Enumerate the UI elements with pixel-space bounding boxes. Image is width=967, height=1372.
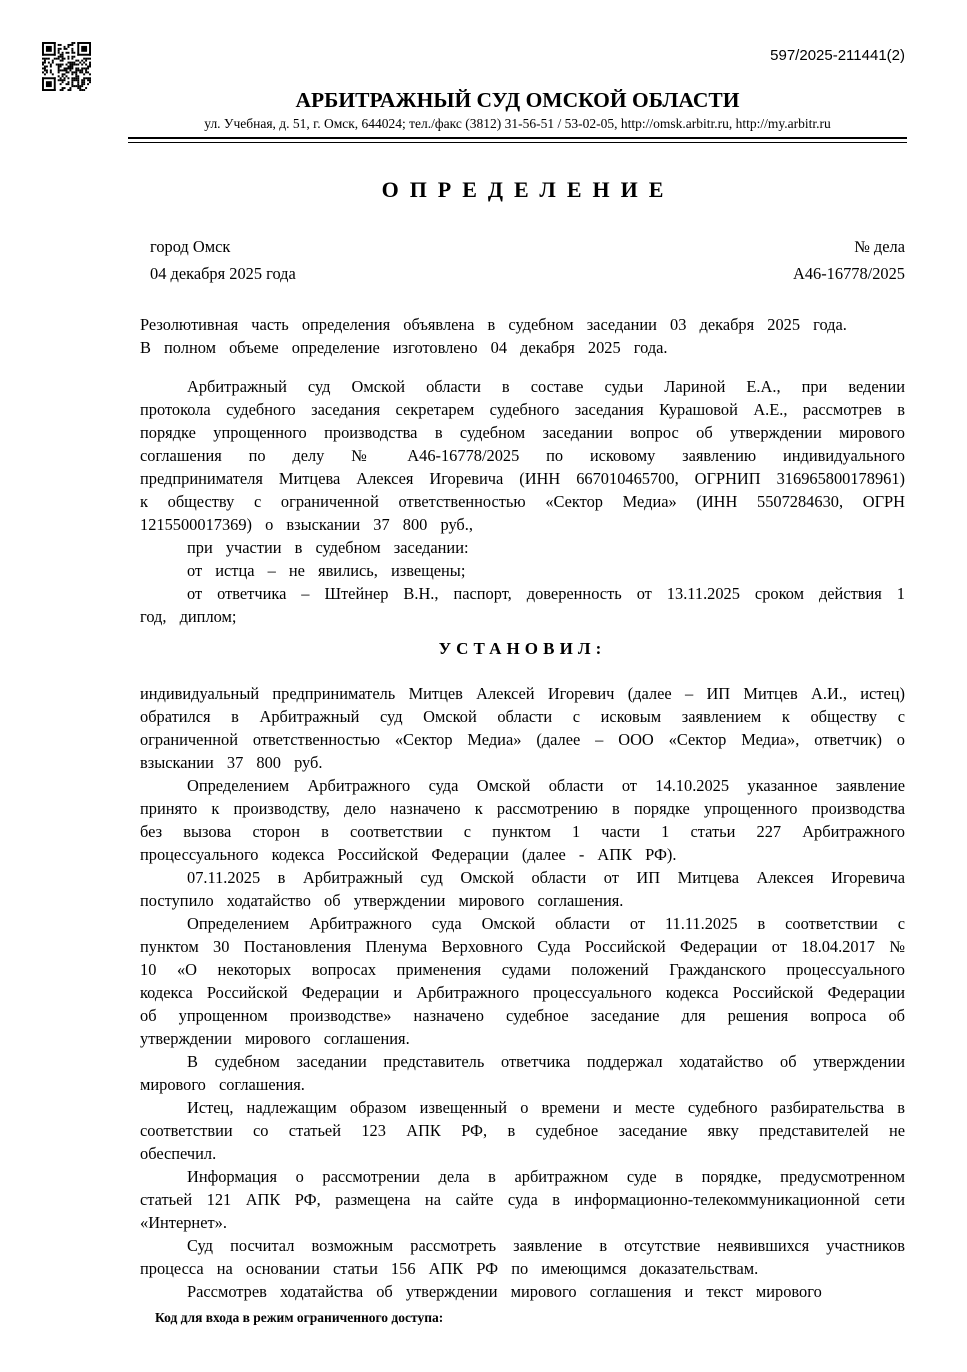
defendant-appearance: от ответчика – Штейнер В.Н., паспорт, до… [140, 582, 905, 628]
document-date: 04 декабря 2025 года [150, 260, 296, 287]
document-page: 597/2025-211441(2) АРБИТРАЖНЫЙ СУД ОМСКО… [0, 0, 967, 1372]
body-paragraph-2: Определением Арбитражного суда Омской об… [140, 774, 905, 866]
full-text-made-line: В полном объеме определение изготовлено … [140, 336, 905, 359]
body-paragraph-7: Информация о рассмотрении дела в арбитра… [140, 1165, 905, 1234]
body-paragraph-5: В судебном заседании представитель ответ… [140, 1050, 905, 1096]
city: город Омск [150, 233, 296, 260]
meta-case: № дела А46-16778/2025 [793, 233, 905, 287]
ustanovil-heading: УСТАНОВИЛ: [140, 637, 905, 660]
body-paragraph-3: 07.11.2025 в Арбитражный суд Омской обла… [140, 866, 905, 912]
plaintiff-appearance: от истца – не явились, извещены; [140, 559, 905, 582]
resolution-announced-line: Резолютивная часть определения объявлена… [140, 313, 905, 336]
header-divider [128, 137, 907, 143]
participation-line: при участии в судебном заседании: [140, 536, 905, 559]
document-title: ОПРЕДЕЛЕНИЕ [140, 177, 905, 203]
document-registration-number: 597/2025-211441(2) [770, 47, 905, 64]
meta-row: город Омск 04 декабря 2025 года № дела А… [140, 233, 905, 287]
body-paragraph-8: Суд посчитал возможным рассмотреть заявл… [140, 1234, 905, 1280]
preamble-intro: Арбитражный суд Омской области в составе… [140, 375, 905, 536]
document-body: Резолютивная часть определения объявлена… [140, 313, 905, 1303]
meta-city-date: город Омск 04 декабря 2025 года [140, 233, 296, 287]
court-name: АРБИТРАЖНЫЙ СУД ОМСКОЙ ОБЛАСТИ [128, 88, 907, 113]
body-paragraph-9: Рассмотрев ходатайства об утверждении ми… [140, 1280, 905, 1303]
access-code-label: Код для входа в режим ограниченного дост… [155, 1310, 443, 1326]
case-number: А46-16778/2025 [793, 260, 905, 287]
body-paragraph-4: Определением Арбитражного суда Омской об… [140, 912, 905, 1050]
body-paragraph-6: Истец, надлежащим образом извещенный о в… [140, 1096, 905, 1165]
court-address: ул. Учебная, д. 51, г. Омск, 644024; тел… [128, 116, 907, 132]
court-header: АРБИТРАЖНЫЙ СУД ОМСКОЙ ОБЛАСТИ ул. Учебн… [128, 0, 907, 143]
body-paragraph-1: индивидуальный предприниматель Митцев Ал… [140, 682, 905, 774]
case-number-label: № дела [793, 233, 905, 260]
qr-code-icon [42, 42, 91, 91]
